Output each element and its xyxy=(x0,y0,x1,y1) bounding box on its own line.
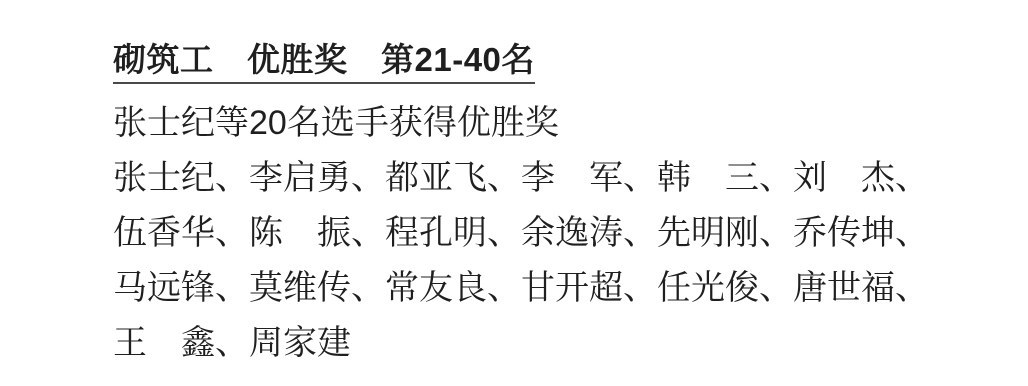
winners-line-2: 伍香华、陈 振、程孔明、余逸涛、先明刚、乔传坤、 xyxy=(113,206,988,261)
winners-line-1: 张士纪、李启勇、都亚飞、李 军、韩 三、刘 杰、 xyxy=(113,151,988,206)
subtitle: 张士纪等20名选手获得优胜奖 xyxy=(113,96,988,151)
announcement-page: 砌筑工 优胜奖 第21-40名 张士纪等20名选手获得优胜奖 张士纪、李启勇、都… xyxy=(0,0,1028,386)
announcement-body: 张士纪等20名选手获得优胜奖 张士纪、李启勇、都亚飞、李 军、韩 三、刘 杰、 … xyxy=(113,96,988,371)
winners-line-4: 王 鑫、周家建 xyxy=(113,316,988,371)
winners-line-3: 马远锋、莫维传、常友良、甘开超、任光俊、唐世福、 xyxy=(113,261,988,316)
page-title: 砌筑工 优胜奖 第21-40名 xyxy=(113,40,535,84)
